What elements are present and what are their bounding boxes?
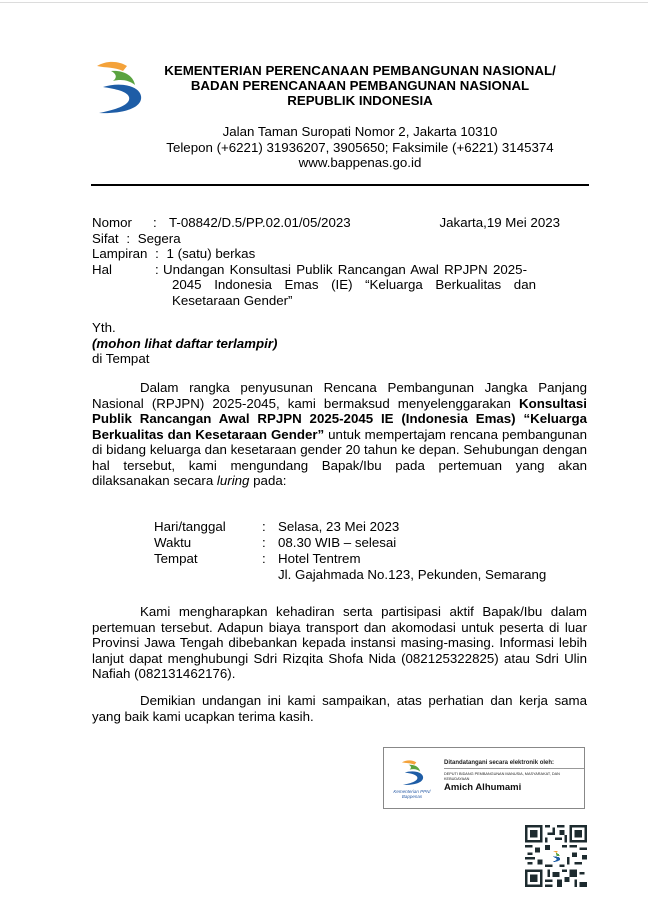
place: di Tempat bbox=[92, 351, 277, 367]
hal-line-3: Kesetaraan Gender” bbox=[172, 293, 292, 309]
detail-label: Hari/tanggal bbox=[154, 519, 226, 535]
hal-label: Hal bbox=[92, 262, 112, 277]
letter-meta: Nomor : T-08842/D.5/PP.02.01/05/2023 Jak… bbox=[92, 215, 562, 309]
detail-label: Tempat bbox=[154, 551, 198, 567]
hal-line-1: Undangan Konsultasi Publik Rancangan Awa… bbox=[163, 262, 527, 278]
phone-fax: Telepon (+6221) 31936207, 3905650; Faksi… bbox=[150, 140, 570, 156]
org-line-3: REPUBLIK INDONESIA bbox=[150, 93, 570, 108]
nomor-colon: : bbox=[153, 215, 157, 231]
detail-value: Jl. Gajahmada No.123, Pekunden, Semarang bbox=[278, 567, 546, 583]
body-paragraph-1: Dalam rangka penyusunan Rencana Pembangu… bbox=[92, 380, 587, 489]
p1-text-3: pada: bbox=[249, 473, 286, 488]
lampiran-colon: : bbox=[155, 246, 159, 261]
address: Jalan Taman Suropati Nomor 2, Jakarta 10… bbox=[150, 124, 570, 140]
organization-contact: Jalan Taman Suropati Nomor 2, Jakarta 10… bbox=[150, 124, 570, 171]
hal-line-2: 2045 Indonesia Emas (IE) “Keluarga Berku… bbox=[172, 277, 536, 293]
sifat-label: Sifat bbox=[92, 231, 119, 246]
lampiran-row: Lampiran : 1 (satu) berkas bbox=[92, 246, 562, 262]
p2-text: Kami mengharapkan kehadiran serta partis… bbox=[92, 604, 587, 681]
bappenas-logo-icon bbox=[93, 58, 143, 114]
p3-text: Demikian undangan ini kami sampaikan, at… bbox=[92, 693, 587, 724]
p1-text-1: Dalam rangka penyusunan Rencana Pembangu… bbox=[92, 380, 587, 411]
nomor-value: T-08842/D.5/PP.02.01/05/2023 bbox=[169, 215, 351, 231]
salutation: Yth. bbox=[92, 320, 277, 336]
website-link[interactable]: www.bappenas.go.id bbox=[150, 155, 570, 171]
nomor-label: Nomor bbox=[92, 215, 132, 230]
org-line-1: KEMENTERIAN PERENCANAAN PEMBANGUNAN NASI… bbox=[150, 63, 570, 78]
electronic-signature-box: Kementerian PPN/ Bappenas Ditandatangani… bbox=[383, 747, 585, 809]
lampiran-value: 1 (satu) berkas bbox=[167, 246, 256, 261]
signer-name: Amich Alhumami bbox=[444, 782, 584, 793]
sifat-colon: : bbox=[126, 231, 130, 246]
hal-colon: : bbox=[155, 262, 159, 278]
hal-row: Hal : Undangan Konsultasi Publik Rancang… bbox=[92, 262, 562, 309]
detail-colon: : bbox=[262, 535, 266, 551]
top-border bbox=[0, 2, 648, 3]
signature-text: Ditandatangani secara elektronik oleh: D… bbox=[444, 760, 584, 793]
logo-caption-2: Bappenas bbox=[390, 794, 434, 799]
detail-value: Selasa, 23 Mei 2023 bbox=[278, 519, 399, 535]
recipient: (mohon lihat daftar terlampir) bbox=[92, 336, 277, 352]
letter-date: Jakarta,19 Mei 2023 bbox=[440, 215, 560, 231]
p1-mode: luring bbox=[217, 473, 250, 488]
body-paragraph-2: Kami mengharapkan kehadiran serta partis… bbox=[92, 604, 587, 682]
organization-name: KEMENTERIAN PERENCANAAN PEMBANGUNAN NASI… bbox=[150, 63, 570, 108]
signer-position: DEPUTI BIDANG PEMBANGUNAN MANUSIA, MASYA… bbox=[444, 772, 584, 782]
org-line-2: BADAN PERENCANAAN PEMBANGUNAN NASIONAL bbox=[150, 78, 570, 93]
detail-value: 08.30 WIB – selesai bbox=[278, 535, 396, 551]
body-paragraph-3: Demikian undangan ini kami sampaikan, at… bbox=[92, 693, 587, 724]
sifat-value: Segera bbox=[138, 231, 181, 246]
detail-colon: : bbox=[262, 551, 266, 567]
detail-colon: : bbox=[262, 519, 266, 535]
detail-value: Hotel Tentrem bbox=[278, 551, 361, 567]
qr-code-icon bbox=[525, 825, 587, 887]
bappenas-logo-icon bbox=[400, 758, 424, 786]
addressee: Yth. (mohon lihat daftar terlampir) di T… bbox=[92, 320, 277, 367]
letterhead-divider bbox=[91, 184, 589, 186]
lampiran-label: Lampiran bbox=[92, 246, 147, 261]
nomor-row: Nomor : T-08842/D.5/PP.02.01/05/2023 Jak… bbox=[92, 215, 562, 231]
signature-heading: Ditandatangani secara elektronik oleh: bbox=[444, 760, 584, 769]
detail-label: Waktu bbox=[154, 535, 191, 551]
sifat-row: Sifat : Segera bbox=[92, 231, 562, 247]
signature-logo: Kementerian PPN/ Bappenas bbox=[390, 758, 434, 804]
